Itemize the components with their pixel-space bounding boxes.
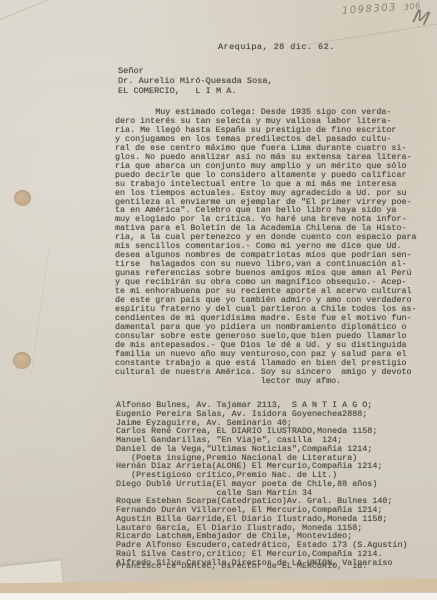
letter-body: Muy estimado colega: Desde 1935 sigo con… [115,108,417,386]
paper-crease [32,251,50,370]
body-line: lector muy afmo. [115,377,417,386]
paper-crease [0,0,88,29]
recipient-block: SeñorDr. Aurelio Miró-Quesada Sosa,EL CO… [118,66,273,96]
recipient-line: Dr. Aurelio Miró-Quesada Sosa, [118,76,273,86]
directory-list: Alfonso Bulnes, Av. Tajamar 2113, S A N … [116,401,408,571]
punch-hole [14,190,31,206]
recipient-line: EL COMERCIO, L I M A. [118,86,273,96]
punch-hole [13,352,31,369]
scan-margin [0,593,437,600]
directory-entry: Francisco Le Dantec, Director de EL MERC… [116,562,408,571]
recipient-line: Señor [118,66,273,76]
dateline: Arequipa, 28 dic. 62. [218,42,335,52]
handwritten-archive-number: 1098303 [342,2,398,17]
scanned-letter-page: 1098303 306 M Arequipa, 28 dic. 62. Seño… [0,0,437,600]
handwritten-initial: M [411,5,432,30]
